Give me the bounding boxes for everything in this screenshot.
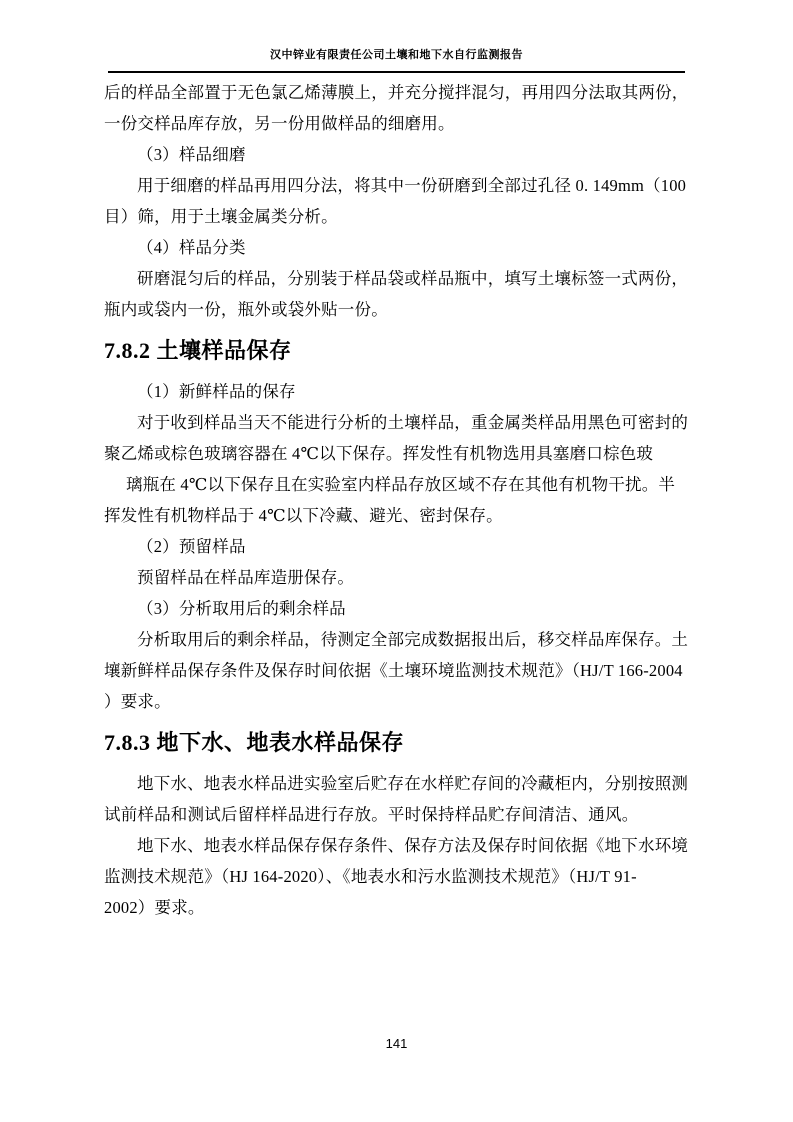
- body-line: （2）预留样品: [104, 531, 693, 562]
- body-line: 后的样品全部置于无色氯乙烯薄膜上，并充分搅拌混匀，再用四分法取其两份，: [104, 77, 693, 108]
- body-line: 瓶内或袋内一份，瓶外或袋外贴一份。: [104, 294, 693, 325]
- body-line: 璃瓶在 4℃以下保存且在实验室内样品存放区域不存在其他有机物干扰。半: [104, 469, 693, 500]
- document-page: 汉中锌业有限责任公司土壤和地下水自行监测报告 后的样品全部置于无色氯乙烯薄膜上，…: [0, 0, 793, 1122]
- body-line: 试前样品和测试后留样样品进行存放。平时保持样品贮存间清洁、通风。: [104, 799, 693, 830]
- body-line: 监测技术规范》（HJ 164-2020）、《地表水和污水监测技术规范》（HJ/T…: [104, 861, 693, 892]
- body-line: 壤新鲜样品保存条件及保存时间依据《土壤环境监测技术规范》（HJ/T 166-20…: [104, 655, 693, 686]
- body-line: （3）分析取用后的剩余样品: [104, 593, 693, 624]
- body-line: 2002）要求。: [104, 892, 693, 923]
- page-number: 141: [386, 1036, 408, 1051]
- body-line: （4）样品分类: [104, 232, 693, 263]
- body-line: （3）样品细磨: [104, 139, 693, 170]
- body-line: ）要求。: [104, 686, 693, 717]
- body-line: 目）筛，用于土壤金属类分析。: [104, 201, 693, 232]
- section-heading: 7.8.2 土壤样品保存: [104, 336, 693, 366]
- section-heading: 7.8.3 地下水、地表水样品保存: [104, 728, 693, 758]
- body-line: 挥发性有机物样品于 4℃以下冷藏、避光、密封保存。: [104, 500, 693, 531]
- body-line: 一份交样品库存放，另一份用做样品的细磨用。: [104, 108, 693, 139]
- body-line: 对于收到样品当天不能进行分析的土壤样品，重金属类样品用黑色可密封的: [104, 407, 693, 438]
- body-line: 预留样品在样品库造册保存。: [104, 562, 693, 593]
- body-line: 地下水、地表水样品保存保存条件、保存方法及保存时间依据《地下水环境: [104, 830, 693, 861]
- body-line: 用于细磨的样品再用四分法，将其中一份研磨到全部过孔径 0. 149mm（100: [104, 170, 693, 201]
- body-line: 研磨混匀后的样品，分别装于样品袋或样品瓶中，填写土壤标签一式两份，: [104, 263, 693, 294]
- body-line: 聚乙烯或棕色玻璃容器在 4℃以下保存。挥发性有机物选用具塞磨口棕色玻: [104, 438, 693, 469]
- document-body: 后的样品全部置于无色氯乙烯薄膜上，并充分搅拌混匀，再用四分法取其两份，一份交样品…: [0, 73, 793, 923]
- report-header-title: 汉中锌业有限责任公司土壤和地下水自行监测报告: [0, 0, 793, 63]
- body-line: 分析取用后的剩余样品，待测定全部完成数据报出后，移交样品库保存。土: [104, 624, 693, 655]
- body-line: 地下水、地表水样品进实验室后贮存在水样贮存间的冷藏柜内，分别按照测: [104, 768, 693, 799]
- body-line: （1）新鲜样品的保存: [104, 376, 693, 407]
- page-footer: 141: [0, 1036, 793, 1051]
